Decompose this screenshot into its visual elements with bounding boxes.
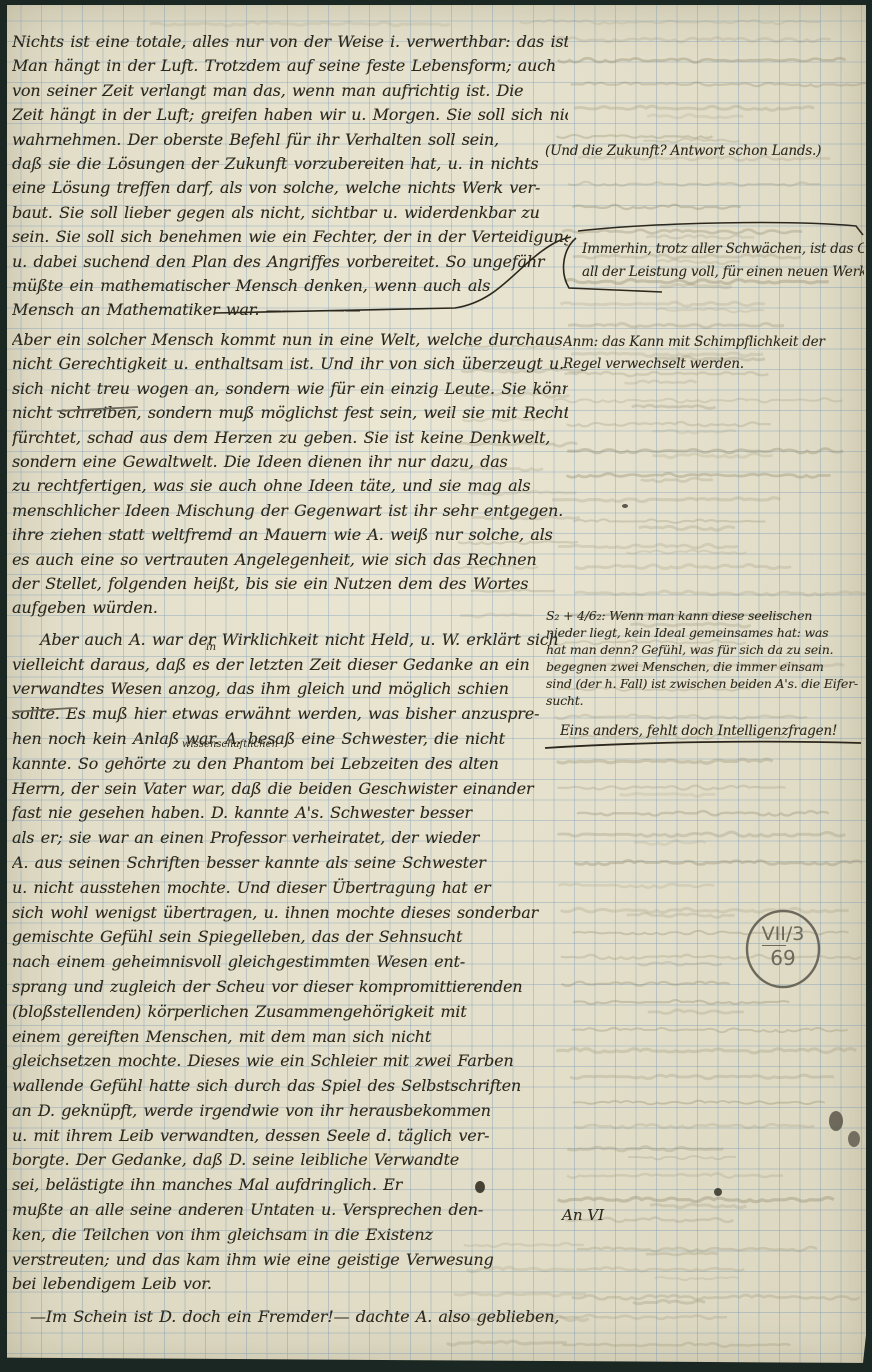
handwritten-line: sprang und zugleich der Scheu vor dieser… [12,975,568,1000]
bleedthrough-squiggle [574,106,814,110]
handwritten-line: einem gereiften Menschen, mit dem man si… [12,1025,568,1050]
handwritten-line: eine Lösung treffen darf, als von solche… [12,176,568,200]
handwritten-line: Regel verwechselt werden. [563,353,863,375]
handwritten-line: verwandtes Wesen anzog, das ihm gleich u… [12,677,568,702]
handwritten-line: an D. geknüpft, werde irgendwie von ihr … [12,1099,568,1124]
handwritten-line: verstreuten; und das kam ihm wie eine ge… [12,1248,568,1273]
bleedthrough-squiggle [447,1341,567,1345]
interlinear-insertion-word: wissenschaftlichen [182,739,278,750]
interlinear-insertion-small: in [206,641,216,653]
handwritten-line: borgte. Der Gedanke, daß D. seine leibli… [12,1148,568,1173]
margin-note-bracketed: Immerhin, trotz aller Schwächen, ist das… [582,238,864,284]
handwritten-line: sondern eine Gewaltwelt. Die Ideen diene… [12,450,568,474]
handwritten-line: nicht Gerechtigkeit u. enthaltsam ist. U… [12,352,568,376]
handwritten-line: Anm: das Kann mit Schimpflichkeit der [563,331,863,353]
bleedthrough-squiggle [561,302,765,306]
bleedthrough-squiggle [655,1277,739,1280]
bleedthrough-squiggle [574,1124,814,1128]
bleedthrough-squiggle [563,1343,791,1347]
bracket-top [578,223,863,235]
bleedthrough-squiggle [556,1049,856,1053]
ink-blot [829,1111,843,1131]
bleedthrough-squiggle [646,1253,718,1255]
handwritten-line: Mensch an Mathematiker war. —————— [12,298,568,322]
scan-edge-corner [862,1280,872,1372]
handwritten-line: sei, belästigte ihn manches Mal aufdring… [12,1173,568,1198]
bleedthrough-squiggle [647,115,743,118]
handwritten-line: menschlicher Ideen Mischung der Gegenwar… [12,499,568,523]
bleedthrough-squiggle [557,786,785,790]
handwritten-line: hat man denn? Gefühl, was für sich da zu… [546,641,864,658]
bleedthrough-squiggle [558,1197,834,1201]
bleedthrough-squiggle [575,565,791,569]
closing-line: —Im Schein ist D. doch ein Fremder!— dac… [12,1305,568,1329]
bleedthrough-squiggle [520,20,820,24]
handwritten-line: daß sie die Lösungen der Zukunft vorzube… [12,152,568,176]
handwritten-line: nieder liegt, kein Ideal gemeinsames hat… [546,624,864,641]
bleedthrough-squiggle [573,205,741,209]
handwritten-line: fürchtet, schad aus dem Herzen zu geben.… [12,426,568,450]
handwritten-line: —Im Schein ist D. doch ein Fremder!— dac… [12,1305,568,1329]
handwritten-line: gleichsetzen mochte. Dieses wie ein Schl… [12,1049,568,1074]
handwritten-line: Zeit hängt in der Luft; greifen haben wi… [12,103,568,127]
bleedthrough-squiggle [570,1075,834,1079]
note-underline [545,742,861,748]
handwritten-line: u. nicht ausstehen mochte. Und dieser Üb… [12,876,568,901]
bleedthrough-squiggle [555,715,807,719]
margin-note-anm: Anm: das Kann mit Schimpflichkeit derReg… [563,331,863,375]
handwritten-line: wallende Gefühl hatte sich durch das Spi… [12,1074,568,1099]
handwritten-line: es auch eine so vertrauten Angelegenheit… [12,548,568,572]
handwritten-line: Herrn, der sein Vater war, daß die beide… [12,777,568,802]
scan-edge-bottom [0,1352,872,1372]
bleedthrough-squiggle [632,405,716,408]
handwritten-line: begegnen zwei Menschen, die immer einsam [546,658,864,675]
handwritten-line: ken, die Teilchen von ihm gleichsam in d… [12,1223,568,1248]
bleedthrough-squiggle [572,1028,848,1032]
handwritten-line: all der Leistung voll, für einen neuen W… [582,261,864,284]
bleedthrough-squiggle [627,913,735,917]
handwritten-line: Man hängt in der Luft. Trotzdem auf sein… [12,54,568,78]
scan-edge-left [0,0,7,1372]
handwritten-line: sind (der h. Fall) ist zwischen beiden A… [546,675,864,692]
paragraph-1: Nichts ist eine totale, alles nur von de… [12,30,568,323]
manuscript-page: Nichts ist eine totale, alles nur von de… [0,0,872,1372]
bleedthrough-squiggle [571,83,871,87]
handwritten-line: S₂ + 4/6₂: Wenn man kann diese seelische… [546,607,864,624]
bleedthrough-squiggle [555,37,831,41]
bleedthrough-squiggle [620,794,716,797]
bleedthrough-squiggle [577,811,829,815]
handwritten-line: vielleicht daraus, daß es der letzten Ze… [12,653,568,678]
handwritten-line: wahrnehmen. Der oberste Befehl für ihr V… [12,128,568,152]
handwritten-line: baut. Sie soll lieber gegen als nicht, s… [12,201,568,225]
bleedthrough-squiggle [660,284,732,287]
bleedthrough-squiggle [567,449,843,453]
bleedthrough-squiggle [562,230,802,234]
handwritten-line: A. aus seinen Schriften besser kannte al… [12,851,568,876]
handwritten-line: der Stellet, folgenden heißt, bis sie ei… [12,572,568,596]
bleedthrough-squiggle [625,381,697,384]
handwritten-line: Immerhin, trotz aller Schwächen, ist das… [582,238,864,261]
bleedthrough-squiggle [648,1010,744,1014]
bleedthrough-squiggle [558,58,846,62]
handwritten-line: Aber auch A. war der Wirklichkeit nicht … [12,628,568,653]
handwritten-line: Nichts ist eine totale, alles nur von de… [12,30,568,54]
bleedthrough-squiggle [650,1204,746,1207]
handwritten-line: gemischte Gefühl sein Spiegelleben, das … [12,925,568,950]
main-text: Nichts ist eine totale, alles nur von de… [12,30,568,1330]
bleedthrough-squiggle [558,884,714,888]
bleedthrough-squiggle [641,478,713,482]
bleedthrough-squiggle [566,473,830,477]
ink-blot [848,1131,860,1147]
bleedthrough-squiggle [567,1147,723,1151]
bleedthrough-squiggle [556,135,712,138]
bleedthrough-squiggle [577,1247,817,1251]
ink-blot [714,1188,722,1196]
handwritten-line: u. dabei suchend den Plan des Angriffes … [12,250,568,274]
handwritten-line: Aber ein solcher Mensch kommt nun in ein… [12,328,568,352]
bleedthrough-squiggle [573,1000,789,1004]
bleedthrough-squiggle [557,759,773,763]
scan-edge-top [0,0,872,5]
bleedthrough-squiggle [656,308,764,312]
bleedthrough-squiggle [638,962,722,966]
handwritten-line: sich wohl wenigst übertragen, u. ihnen m… [12,901,568,926]
handwritten-line: müßte ein mathematischer Mensch denken, … [12,274,568,298]
bleedthrough-squiggle [574,861,862,865]
page-reference: An VI [562,1206,604,1224]
bleedthrough-squiggle [567,1174,783,1178]
handwritten-line: (bloßstellenden) körperlichen Zusammenge… [12,1000,568,1025]
margin-note-question: (Und die Zukunft? Antwort schon Lands.) [545,141,867,161]
handwritten-line: zu rechtfertigen, was sie auch ohne Idee… [12,474,568,498]
handwritten-line: von seiner Zeit verlangt man das, wenn m… [12,79,568,103]
margin-note-underlined: Eins anders, fehlt doch Intelligenzfrage… [560,721,865,741]
bleedthrough-squiggle [628,1156,736,1159]
handwritten-line: fast nie gesehen haben. D. kannte A's. S… [12,801,568,826]
bleedthrough-squiggle [568,182,820,186]
bleedthrough-squiggle [576,1267,744,1271]
bleedthrough-squiggle [558,544,738,548]
handwritten-line: sich nicht treu wogen an, sondern wie fü… [12,377,568,401]
margin-note-s2: S₂ + 4/6₂: Wenn man kann diese seelische… [546,607,864,709]
bleedthrough-squiggle [568,323,784,327]
handwritten-line: sucht. [546,692,864,709]
paragraph-2: Aber ein solcher Mensch kommt nun in ein… [12,328,568,621]
bleedthrough-squiggle [652,454,772,458]
bleedthrough-squiggle [626,550,746,554]
bleedthrough-squiggle [559,1315,727,1319]
handwritten-line: u. mit ihrem Leib verwandten, dessen See… [12,1124,568,1149]
handwritten-line: nach einem geheimnisvoll gleichgestimmte… [12,950,568,975]
paragraph-3: Aber auch A. war der Wirklichkeit nicht … [12,628,568,1298]
bleedthrough-squiggle [150,22,450,26]
handwritten-line: aufgeben würden. [12,596,568,620]
bleedthrough-squiggle [573,1101,825,1105]
scan-edge-right [866,0,872,1372]
bleedthrough-squiggle [633,1300,705,1303]
handwritten-line: mußte an alle seine anderen Untaten u. V… [12,1198,568,1223]
bleedthrough-squiggle [555,398,843,402]
handwritten-line: kannte. So gehörte zu den Phantom bei Le… [12,752,568,777]
bleedthrough-squiggle [575,591,872,595]
handwritten-line: sein. Sie soll sich benehmen wie ein Fec… [12,225,568,249]
ink-speck [622,504,628,508]
bleedthrough-squiggle [639,526,735,530]
bleedthrough-squiggle [634,841,706,845]
handwritten-line: ihre ziehen statt weltfremd an Mauern wi… [12,523,568,547]
archive-stamp: VII/3 69 [748,913,818,985]
bleedthrough-squiggle [652,430,736,433]
handwritten-line: als er; sie war an einen Professor verhe… [12,826,568,851]
bleedthrough-squiggle [573,519,765,523]
bleedthrough-squiggle [567,422,771,426]
bleedthrough-squiggle [557,832,845,836]
stamp-page-number: 69 [748,946,818,970]
handwritten-line: hen noch kein Anlaß war. A. besaß eine S… [12,727,568,752]
bleedthrough-squiggle [562,982,730,986]
handwritten-line: nicht schreiben, sondern muß möglichst f… [12,401,568,425]
stamp-folder-number: VII/3 [748,922,818,946]
bleedthrough-squiggle [561,908,849,912]
handwritten-line: sollte. Es muß hier etwas erwähnt werden… [12,702,568,727]
handwritten-line: bei lebendigem Leib vor. [12,1272,568,1297]
bleedthrough-squiggle [552,498,780,502]
bleedthrough-squiggle [572,1295,860,1299]
